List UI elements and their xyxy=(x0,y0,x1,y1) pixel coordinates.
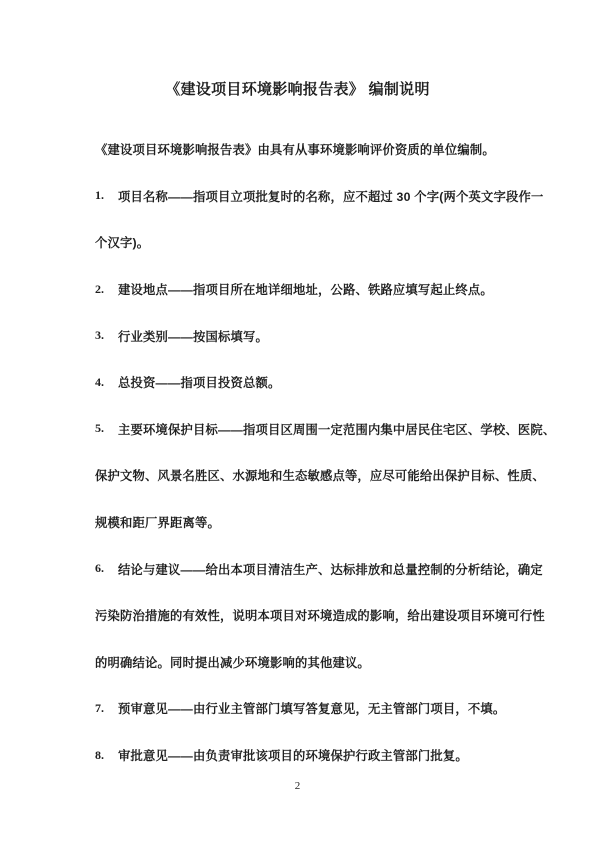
paragraph-line: 规模和距厂界距离等。 xyxy=(95,513,220,531)
paragraph-line: 的明确结论。同时提出减少环境影响的其他建议。 xyxy=(95,653,370,671)
paragraph-line: 审批意见——由负责审批该项目的环境保护行政主管部门批复。 xyxy=(118,746,468,764)
item-number: 3. xyxy=(95,328,118,343)
paragraph-line: 污染防治措施的有效性，说明本项目对环境造成的影响，给出建设项目环境可行性 xyxy=(95,606,545,624)
numbered-item-8-line-1: 8. 审批意见——由负责审批该项目的环境保护行政主管部门批复。 xyxy=(95,732,595,779)
numbered-item-5-line-2: 保护文物、风景名胜区、水源地和生态敏感点等，应尽可能给出保护目标、性质、 xyxy=(95,452,595,499)
paragraph-line: 《建设项目环境影响报告表》由具有从事环境影响评价资质的单位编制。 xyxy=(95,140,495,158)
item-number: 1. xyxy=(95,188,118,203)
paragraph-line: 保护文物、风景名胜区、水源地和生态敏感点等，应尽可能给出保护目标、性质、 xyxy=(95,466,545,484)
intro-paragraph: 《建设项目环境影响报告表》由具有从事环境影响评价资质的单位编制。 xyxy=(95,126,595,173)
page-number: 2 xyxy=(0,780,595,792)
numbered-item-1-line-1: 1. 项目名称——指项目立项批复时的名称，应不超过 30 个字(两个英文字段作一 xyxy=(95,173,595,220)
item-number: 2. xyxy=(95,282,118,297)
numbered-item-1-line-2: 个汉字)。 xyxy=(95,219,595,266)
paragraph-line: 个汉字)。 xyxy=(95,233,149,251)
numbered-item-6-line-2: 污染防治措施的有效性，说明本项目对环境造成的影响，给出建设项目环境可行性 xyxy=(95,592,595,639)
numbered-item-6-line-3: 的明确结论。同时提出减少环境影响的其他建议。 xyxy=(95,639,595,686)
numbered-item-5-line-3: 规模和距厂界距离等。 xyxy=(95,499,595,546)
numbered-item-6-line-1: 6. 结论与建议——给出本项目清洁生产、达标排放和总量控制的分析结论，确定 xyxy=(95,545,595,592)
paragraph-line: 行业类别——按国标填写。 xyxy=(118,327,268,345)
paragraph-line: 结论与建议——给出本项目清洁生产、达标排放和总量控制的分析结论，确定 xyxy=(118,560,543,578)
paragraph-line: 建设地点——指项目所在地详细地址，公路、铁路应填写起止终点。 xyxy=(118,280,493,298)
page-title: 《建设项目环境影响报告表》 编制说明 xyxy=(0,78,595,99)
paragraph-line: 项目名称——指项目立项批复时的名称，应不超过 30 个字(两个英文字段作一 xyxy=(118,187,544,205)
numbered-item-5-line-1: 5. 主要环境保护目标——指项目区周围一定范围内集中居民住宅区、学校、医院、 xyxy=(95,406,595,453)
item-number: 6. xyxy=(95,561,118,576)
numbered-item-7-line-1: 7. 预审意见——由行业主管部门填写答复意见，无主管部门项目，不填。 xyxy=(95,685,595,732)
paragraph-line: 主要环境保护目标——指项目区周围一定范围内集中居民住宅区、学校、医院、 xyxy=(118,420,555,438)
document-body: 《建设项目环境影响报告表》由具有从事环境影响评价资质的单位编制。 1. 项目名称… xyxy=(95,126,595,778)
item-number: 5. xyxy=(95,421,118,436)
numbered-item-3-line-1: 3. 行业类别——按国标填写。 xyxy=(95,312,595,359)
document-page: 《建设项目环境影响报告表》 编制说明 《建设项目环境影响报告表》由具有从事环境影… xyxy=(0,0,595,842)
paragraph-line: 总投资——指项目投资总额。 xyxy=(118,373,280,391)
item-number: 4. xyxy=(95,375,118,390)
item-number: 7. xyxy=(95,701,118,716)
numbered-item-4-line-1: 4. 总投资——指项目投资总额。 xyxy=(95,359,595,406)
item-number: 8. xyxy=(95,748,118,763)
numbered-item-2-line-1: 2. 建设地点——指项目所在地详细地址，公路、铁路应填写起止终点。 xyxy=(95,266,595,313)
paragraph-line: 预审意见——由行业主管部门填写答复意见，无主管部门项目，不填。 xyxy=(118,699,505,717)
